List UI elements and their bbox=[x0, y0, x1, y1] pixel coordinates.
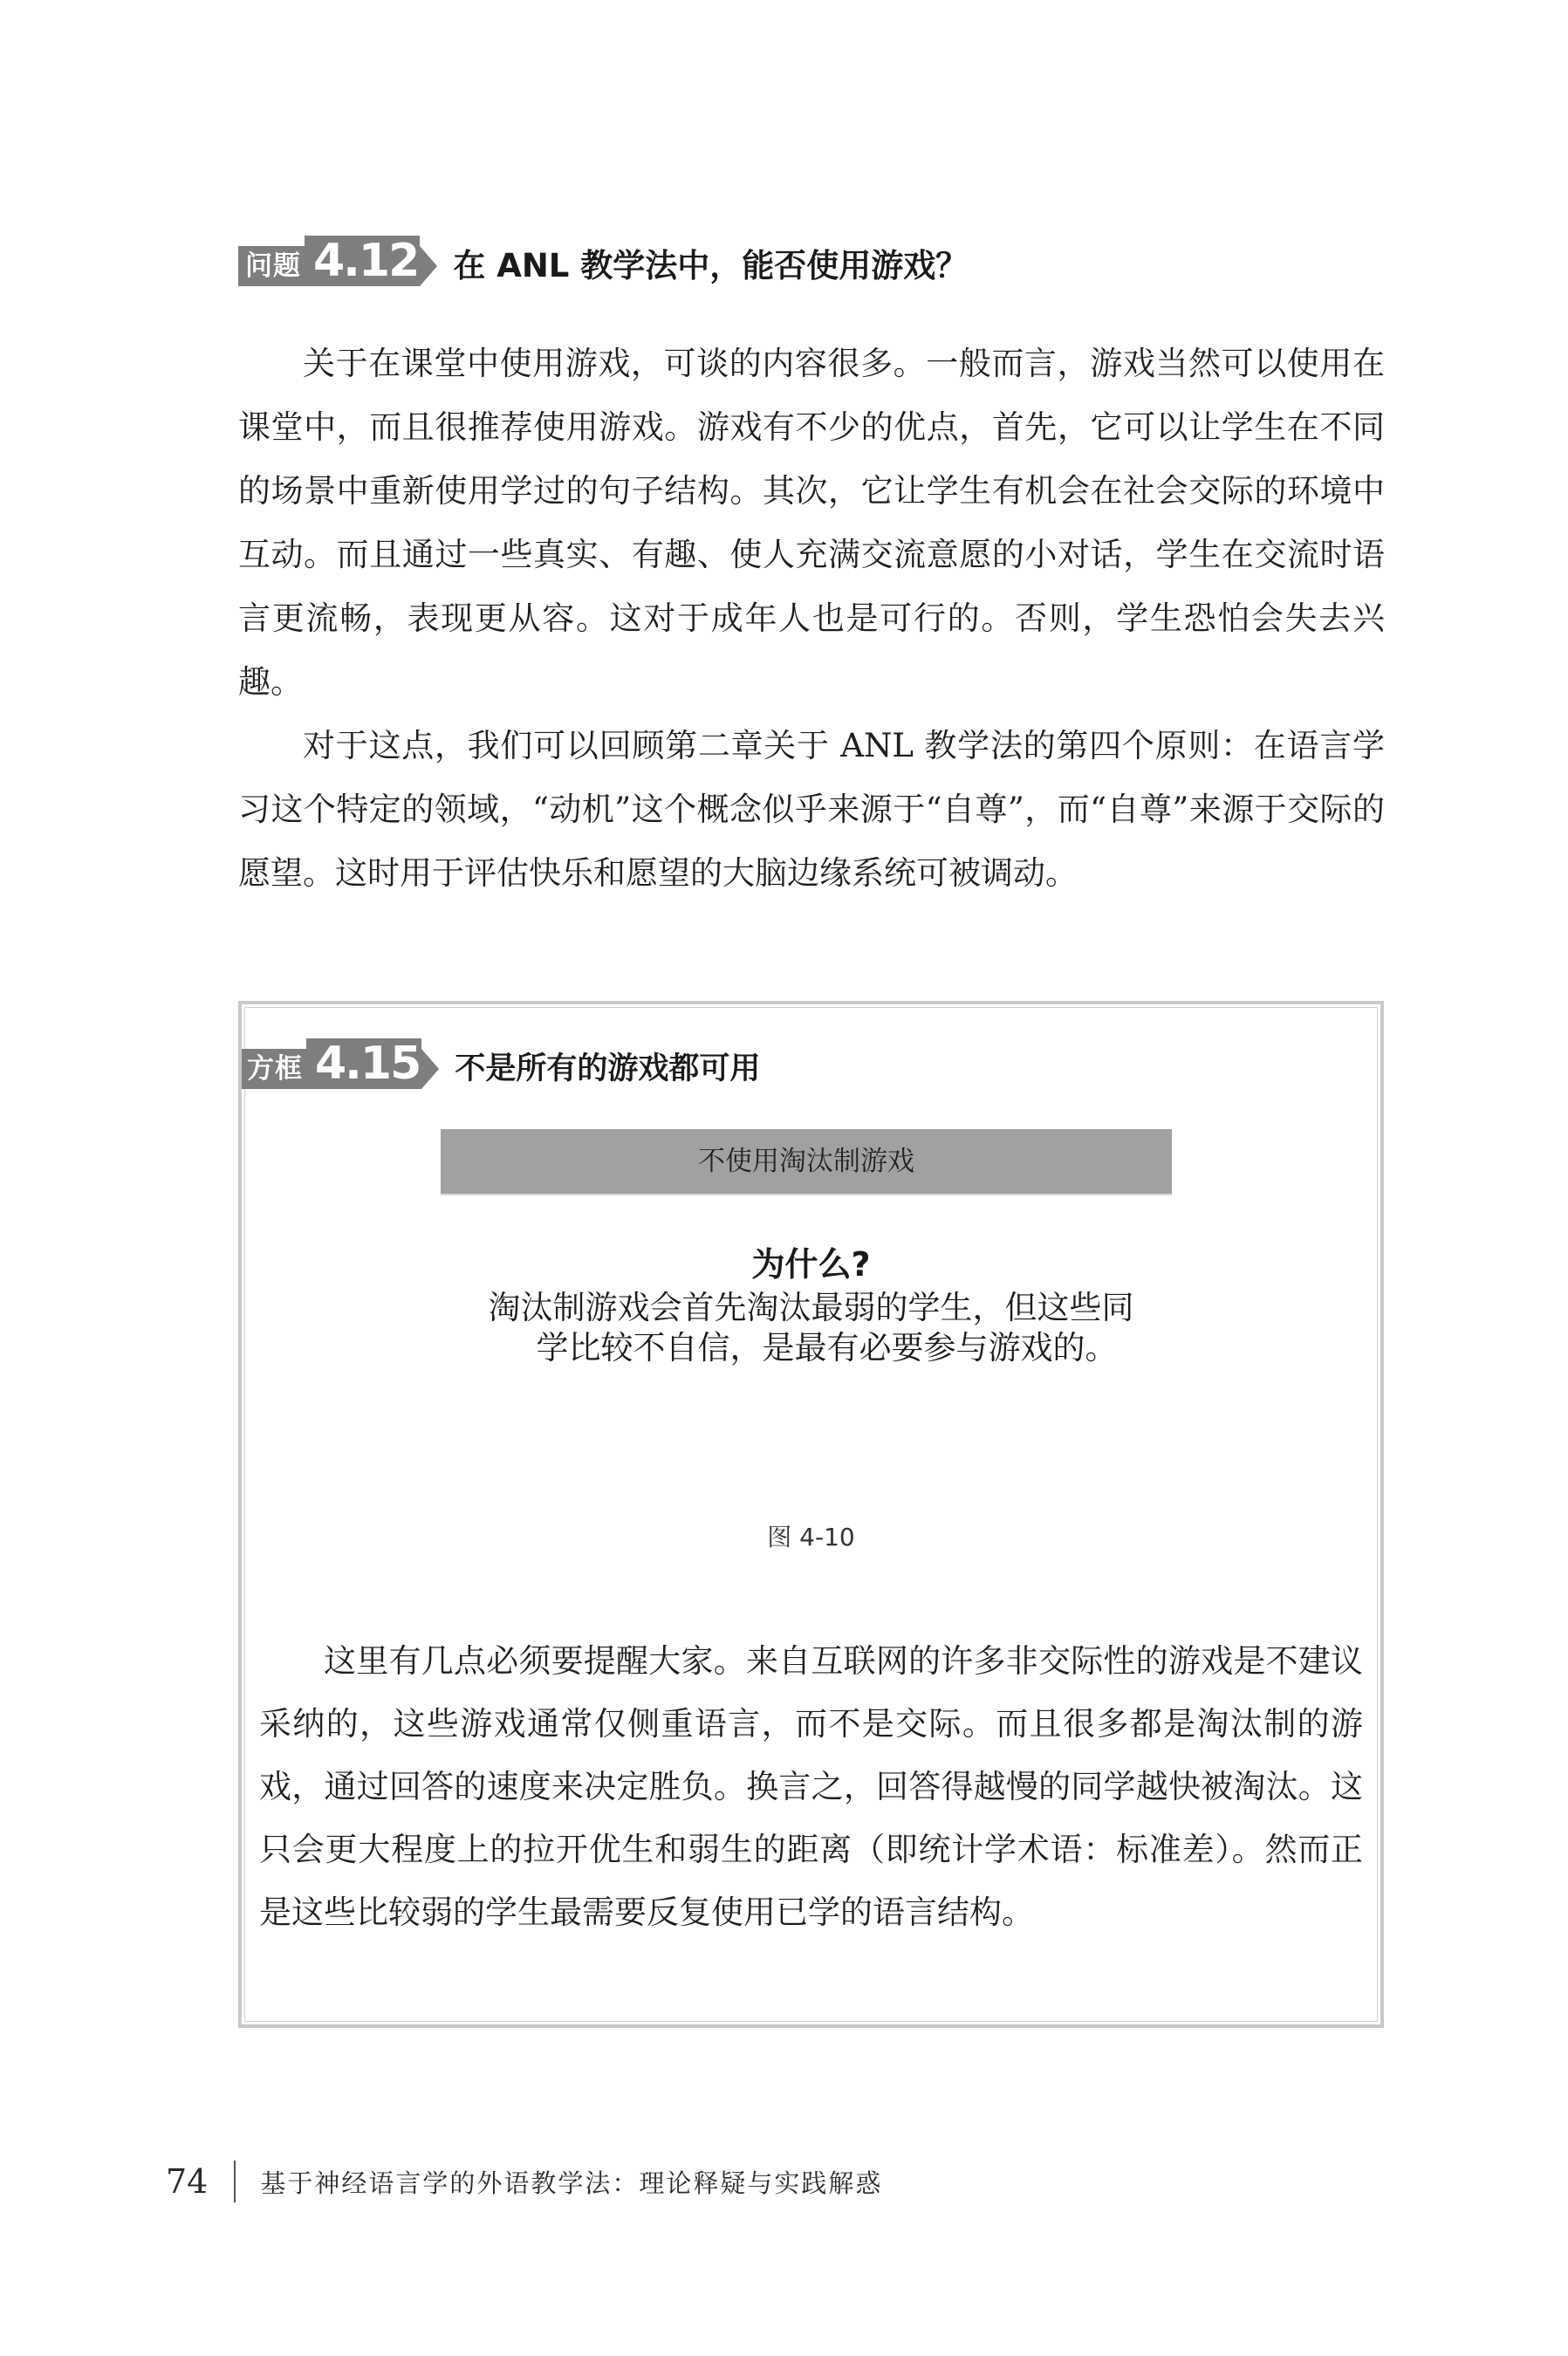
paragraph: 这里有几点必须要提醒大家。来自互联网的许多非交际性的游戏是不建议采纳的，这些游戏… bbox=[259, 1630, 1363, 1944]
question-heading: 问题 4.12 在 ANL 教学法中，能否使用游戏？ bbox=[238, 220, 968, 286]
book-title: 基于神经语言学的外语教学法：理论释疑与实践解惑 bbox=[260, 2164, 882, 2200]
tag-arrow-icon bbox=[420, 246, 437, 286]
tag-arrow-icon bbox=[421, 1049, 439, 1089]
page-footer: 74 基于神经语言学的外语教学法：理论释疑与实践解惑 bbox=[166, 2155, 882, 2208]
figure-why-text: 淘汰制游戏会首先淘汰最弱的学生，但这些同 学比较不自信，是最有必要参与游戏的。 bbox=[238, 1288, 1384, 1368]
figure-caption: 图 4-10 bbox=[238, 1518, 1384, 1553]
box-tag-label: 方框 bbox=[247, 1049, 303, 1089]
box-tag: 方框 bbox=[242, 1049, 306, 1089]
paragraph: 关于在课堂中使用游戏，可谈的内容很多。一般而言，游戏当然可以使用在课堂中，而且很… bbox=[238, 332, 1385, 714]
figure-why-title: 为什么? bbox=[238, 1243, 1384, 1286]
main-text: 关于在课堂中使用游戏，可谈的内容很多。一般而言，游戏当然可以使用在课堂中，而且很… bbox=[238, 332, 1385, 905]
box-text: 这里有几点必须要提醒大家。来自互联网的许多非交际性的游戏是不建议采纳的，这些游戏… bbox=[259, 1630, 1363, 1944]
question-tag-label: 问题 bbox=[245, 246, 301, 286]
box-title: 不是所有的游戏都可用 bbox=[455, 1049, 760, 1089]
question-tag: 问题 bbox=[238, 246, 305, 286]
paragraph: 对于这点，我们可以回顾第二章关于 ANL 教学法的第四个原则：在语言学习这个特定… bbox=[238, 714, 1385, 905]
figure-why-line: 淘汰制游戏会首先淘汰最弱的学生，但这些同 bbox=[238, 1288, 1384, 1328]
box-heading: 方框 4.15 不是所有的游戏都可用 bbox=[242, 1023, 760, 1089]
question-title: 在 ANL 教学法中，能否使用游戏？ bbox=[453, 246, 968, 286]
box-tag-number: 4.15 bbox=[306, 1038, 421, 1089]
page-number: 74 bbox=[166, 2162, 208, 2201]
figure-why-line: 学比较不自信，是最有必要参与游戏的。 bbox=[238, 1328, 1384, 1368]
question-tag-number: 4.12 bbox=[305, 236, 420, 286]
footer-divider bbox=[234, 2161, 236, 2202]
figure-banner: 不使用淘汰制游戏 bbox=[441, 1129, 1172, 1195]
